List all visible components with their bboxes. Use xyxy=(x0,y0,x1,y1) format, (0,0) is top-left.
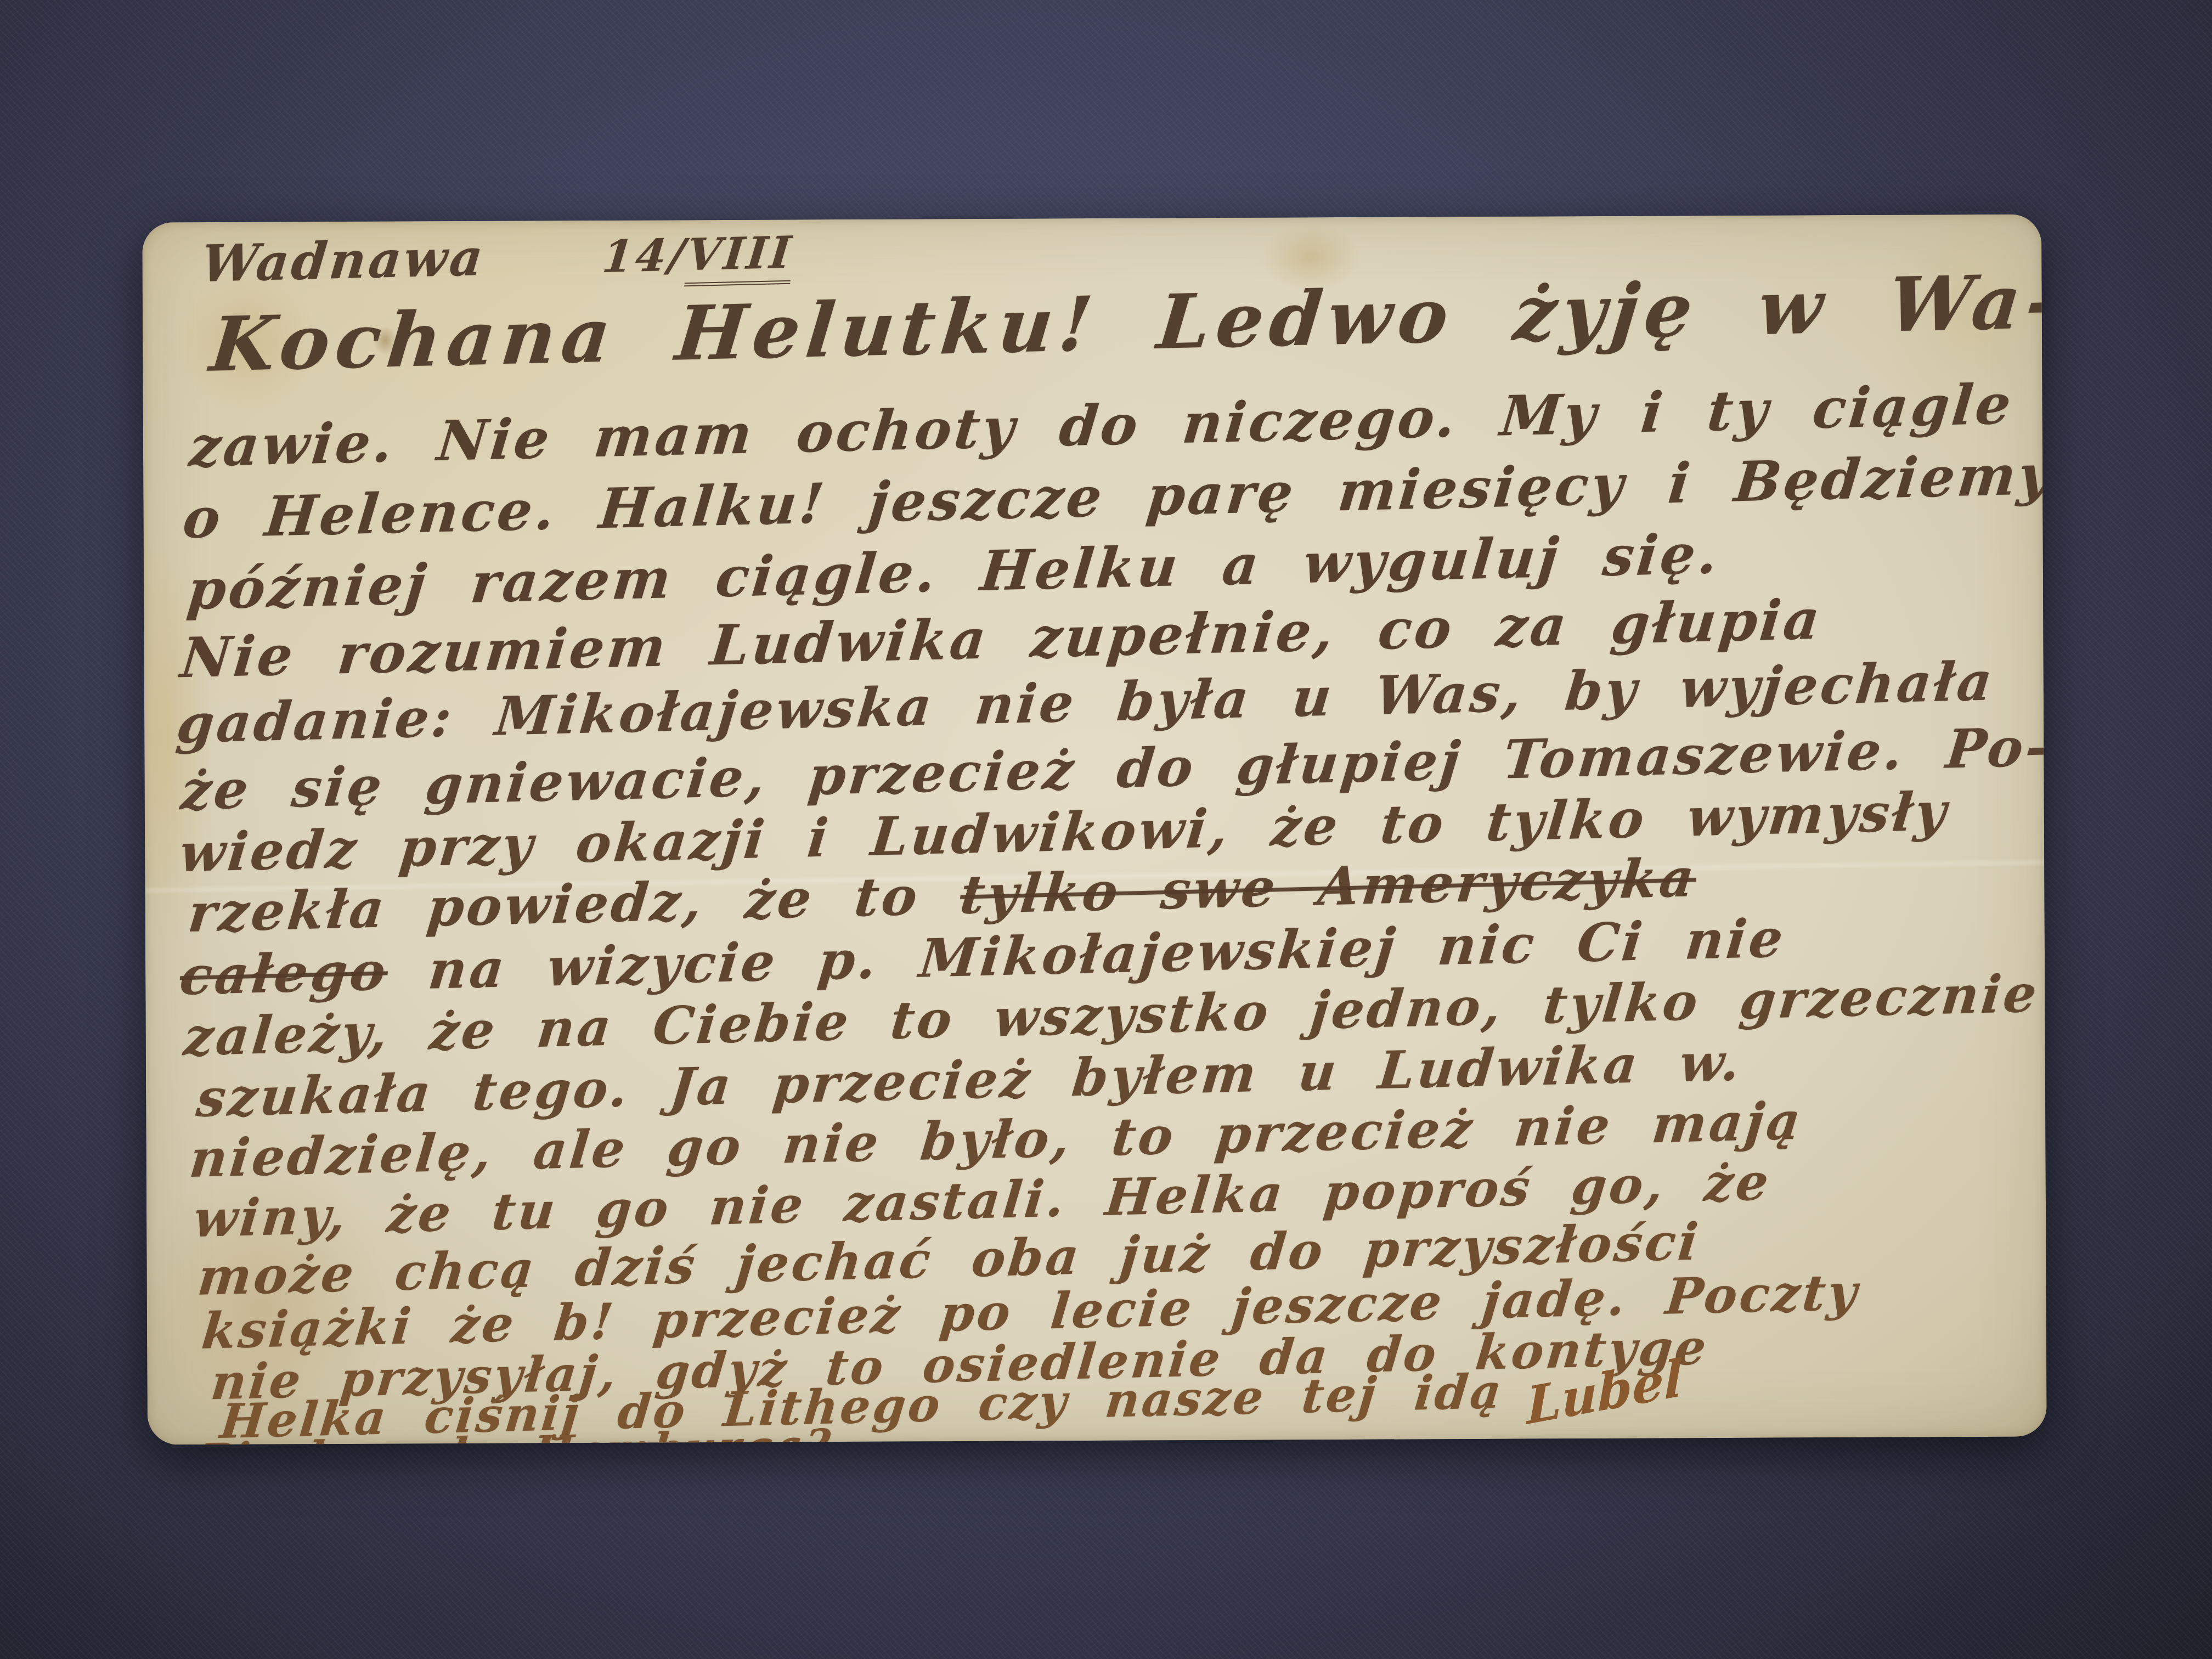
header-line: Wadnawa 14/VIII xyxy=(199,220,796,294)
header-month: VIII xyxy=(684,227,795,287)
photo-background: Wadnawa 14/VIII Kochana Helutku! Ledwo ż… xyxy=(0,0,2212,1659)
header-date: 14/VIII xyxy=(600,227,795,287)
header-place: Wadnawa xyxy=(199,228,488,294)
postcard: Wadnawa 14/VIII Kochana Helutku! Ledwo ż… xyxy=(142,214,2047,1444)
strikethrough-text: całego xyxy=(177,940,391,1007)
handwriting-block: Wadnawa 14/VIII Kochana Helutku! Ledwo ż… xyxy=(142,214,2047,1444)
